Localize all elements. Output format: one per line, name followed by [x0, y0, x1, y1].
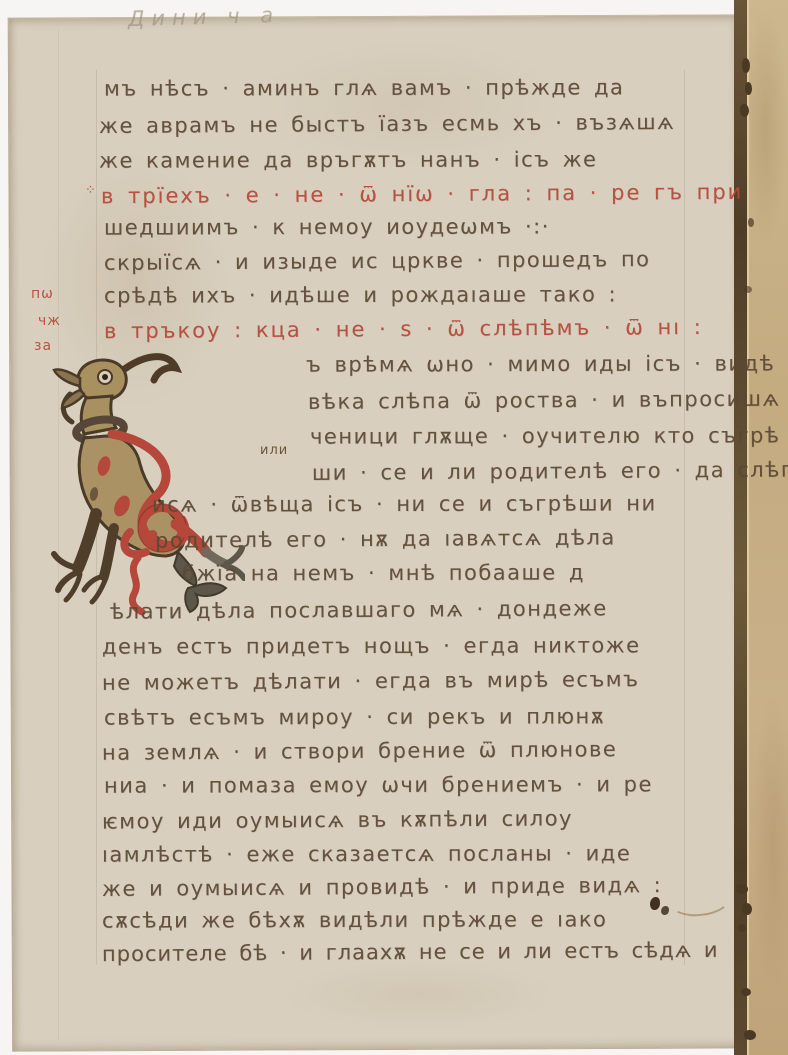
interlinear-note: или: [260, 443, 288, 458]
stitch-mark: [740, 104, 749, 117]
text-line: же и оумыисѧ и провидѣ · и приде видѧ :: [102, 873, 662, 901]
text-line: же камение да връгѫтъ нанъ · ісъ же: [99, 147, 598, 172]
stitch-mark: [745, 82, 752, 95]
text-line: исѧ · ѿвѣща ісъ · ни се и съгрѣши ни: [152, 491, 657, 516]
text-line: просителе бѣ · и глаахѫ не се и ли естъ …: [102, 938, 719, 966]
text-line: ниа · и помаза емоу ѡчи брениемъ · и ре: [104, 772, 653, 797]
gutter-seam: [734, 0, 747, 1055]
stitch-mark: [738, 924, 746, 932]
stitch-mark: [736, 884, 748, 894]
text-line: свѣтъ есъмъ мироу · си рекъ и плюнѫ: [104, 704, 605, 729]
text-line: ѥмоу иди оумыисѧ въ кѫпѣли силоу: [102, 806, 573, 833]
stitch-mark: [742, 58, 750, 73]
margin-note: пѡ: [31, 286, 54, 302]
text-line: ши · се и ли родителѣ его · да слѣпъ род: [312, 457, 788, 485]
stitch-mark: [744, 286, 752, 293]
text-line: мъ нѣсъ · аминъ глѧ вамъ · прѣжде да: [104, 75, 624, 100]
text-line: родителѣ его · нѫ да ıавѧтсѧ дѣла: [155, 525, 616, 552]
manuscript-photo: Дини ч а ⁘ пѡ чж за или: [0, 0, 788, 1055]
stitch-mark: [742, 903, 752, 915]
text-line: ѣлати дѣла пославшаго мѧ · дондеже: [110, 596, 608, 623]
text-line: срѣдѣ ихъ · идѣше и рождаıаше тако :: [104, 282, 617, 307]
text-line: ъ врѣмѧ ѡно · мимо иды ісъ · видѣ чл: [306, 351, 788, 376]
rubric-lead-mark: ⁘: [85, 183, 96, 198]
text-line: скрыїсѧ · и изыде ис цркве · прошедъ по: [104, 247, 651, 275]
stitch-mark: [744, 1030, 756, 1040]
text-line: бжїа на немъ · мнѣ побааше д: [182, 560, 585, 585]
text-line: ıамлѣстѣ · еже сказаетсѧ посланы · иде: [102, 841, 631, 866]
stitch-mark: [748, 218, 754, 227]
text-line: вѣка слѣпа ѿ роства · и въпросишѧ и оу: [308, 386, 788, 414]
ruling-line: [684, 70, 685, 965]
text-line: шедшиимъ · к немоу иоудеѡмъ ·:·: [104, 214, 550, 239]
text-line: на землѧ · и створи брение ѿ плюнове: [102, 737, 617, 765]
text-line: ченици глѫще · оучителю кто съгрѣ: [310, 423, 780, 448]
text-line: же аврамъ не быстъ їазъ есмь хъ · възѧшѧ: [99, 110, 675, 138]
rubric-line: в тръкоу : кца · не · ѕ · ѿ слѣпѣмъ · ѿ …: [104, 315, 703, 343]
margin-note: чж: [38, 313, 61, 329]
text-line: денъ естъ придетъ нощъ · егда никтоже: [102, 633, 641, 658]
facing-page-edge: [747, 0, 788, 1055]
text-line: сѫсѣди же бѣхѫ видѣли прѣжде е ıако: [102, 907, 607, 932]
stitch-mark: [741, 988, 751, 996]
pencil-inscription: Дини ч а: [128, 3, 281, 31]
text-line: не можетъ дѣлати · егда въ мирѣ есъмъ: [102, 667, 640, 695]
rubric-line: в трїехъ · е · не · ѿ нїѡ · гла : па · р…: [101, 180, 743, 208]
